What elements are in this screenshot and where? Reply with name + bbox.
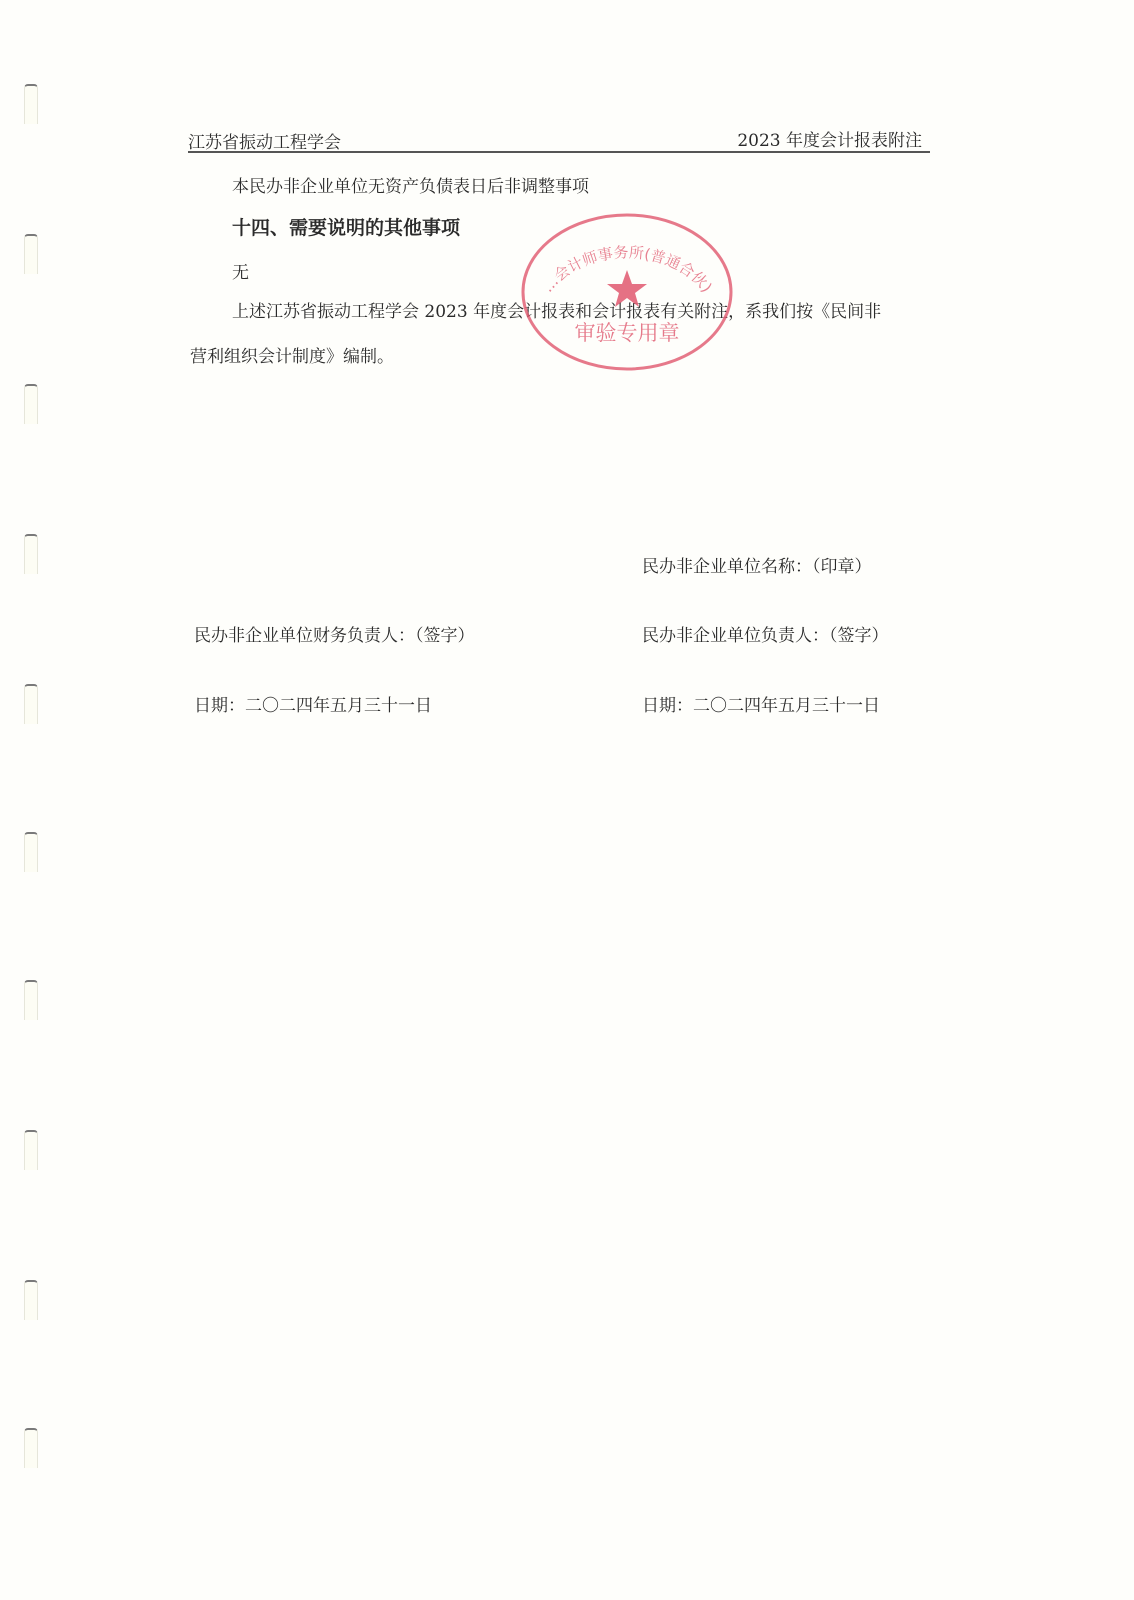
punch-hole bbox=[24, 84, 38, 124]
note-line: 本民办非企业单位无资产负债表日后非调整事项 bbox=[232, 172, 589, 197]
punch-hole bbox=[24, 234, 38, 274]
document-title: 2023 年度会计报表附注 bbox=[737, 126, 922, 151]
punch-hole bbox=[24, 832, 38, 872]
punch-hole bbox=[24, 684, 38, 724]
section-content: 无 bbox=[232, 258, 249, 283]
star-icon bbox=[607, 270, 647, 307]
date-right: 日期：二〇二四年五月三十一日 bbox=[642, 691, 880, 716]
statement-line-2: 营利组织会计制度》编制。 bbox=[190, 342, 394, 367]
header-divider bbox=[188, 151, 930, 153]
stamp-center-text: 审验专用章 bbox=[575, 321, 680, 345]
punch-hole bbox=[24, 1280, 38, 1320]
punch-hole bbox=[24, 384, 38, 424]
unit-head-signature-label: 民办非企业单位负责人：（签字） bbox=[642, 621, 889, 646]
punch-hole bbox=[24, 980, 38, 1020]
punch-hole bbox=[24, 1428, 38, 1468]
punch-hole bbox=[24, 1130, 38, 1170]
finance-head-signature-label: 民办非企业单位财务负责人：（签字） bbox=[194, 621, 475, 646]
audit-stamp: …会计师事务所(普通合伙) 审验专用章 bbox=[520, 212, 734, 372]
unit-name-label: 民办非企业单位名称：（印章） bbox=[642, 552, 872, 577]
date-left: 日期：二〇二四年五月三十一日 bbox=[194, 691, 432, 716]
section-heading: 十四、需要说明的其他事项 bbox=[232, 213, 460, 240]
organization-name: 江苏省振动工程学会 bbox=[188, 128, 341, 153]
punch-hole bbox=[24, 534, 38, 574]
page-header: 江苏省振动工程学会 2023 年度会计报表附注 bbox=[188, 126, 930, 152]
